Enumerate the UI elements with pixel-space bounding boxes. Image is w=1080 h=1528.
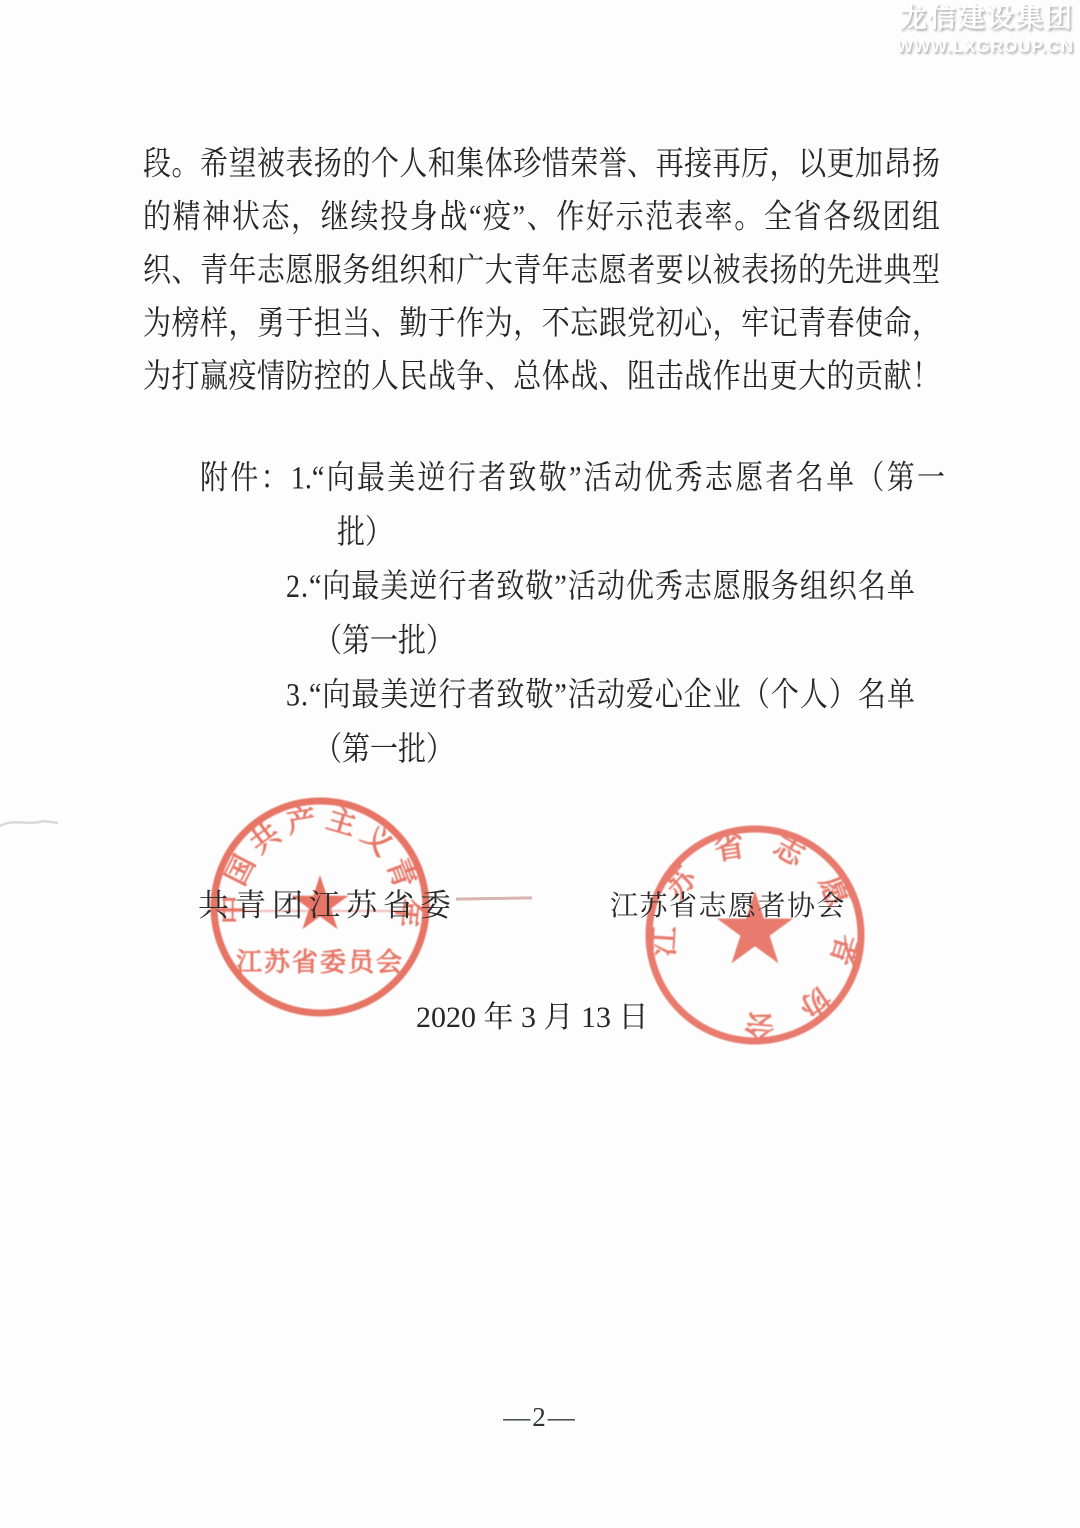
watermark-company: 龙信建设集团 bbox=[897, 2, 1074, 36]
signature-right: 江苏省志愿者协会 bbox=[610, 884, 846, 924]
attachment-line: （第一批） bbox=[200, 615, 945, 669]
document-page: 龙信建设集团 WWW.LXGROUP.CN 段。希望被表扬的个人和集体珍惜荣誉、… bbox=[0, 0, 1080, 1528]
body-line: 段。希望被表扬的个人和集体珍惜荣誉、再接再厉，以更加昂扬 bbox=[143, 138, 940, 191]
attachments-block: 附件：1.“向最美逆行者致敬”活动优秀志愿者名单（第一 批） 2.“向最美逆行者… bbox=[200, 452, 945, 778]
body-line: 织、青年志愿服务组织和广大青年志愿者要以被表扬的先进典型 bbox=[143, 244, 940, 297]
body-paragraph: 段。希望被表扬的个人和集体珍惜荣誉、再接再厉，以更加昂扬 的精神状态，继续投身战… bbox=[143, 138, 940, 404]
attachment-line: 附件：1.“向最美逆行者致敬”活动优秀志愿者名单（第一 bbox=[200, 452, 945, 506]
attachment-line: 3.“向最美逆行者致敬”活动爱心企业（个人）名单 bbox=[200, 669, 945, 723]
left-seal-bottom-text: 江苏省委员会 bbox=[236, 947, 404, 977]
scan-artifact bbox=[0, 812, 60, 842]
attachment-line: 2.“向最美逆行者致敬”活动优秀志愿服务组织名单 bbox=[200, 561, 945, 615]
date-line: 2020 年 3 月 13 日 bbox=[416, 992, 649, 1036]
corner-watermark: 龙信建设集团 WWW.LXGROUP.CN bbox=[897, 2, 1074, 57]
body-line: 的精神状态，继续投身战“疫”、作好示范表率。全省各级团组 bbox=[143, 191, 940, 244]
attachment-line: 批） bbox=[200, 506, 945, 560]
right-official-seal: 江苏省志愿者协会 bbox=[633, 813, 877, 1057]
watermark-website: WWW.LXGROUP.CN bbox=[897, 36, 1074, 57]
scan-crease bbox=[456, 896, 532, 900]
page-number: —2— bbox=[0, 1402, 1080, 1433]
body-line: 为榜样，勇于担当、勤于作为，不忘跟党初心，牢记青春使命， bbox=[143, 297, 940, 350]
attachment-line: （第一批） bbox=[200, 723, 945, 777]
signature-left: 共青团江苏省委 bbox=[198, 880, 457, 925]
body-line: 为打赢疫情防控的人民战争、总体战、阻击战作出更大的贡献！ bbox=[143, 350, 940, 403]
